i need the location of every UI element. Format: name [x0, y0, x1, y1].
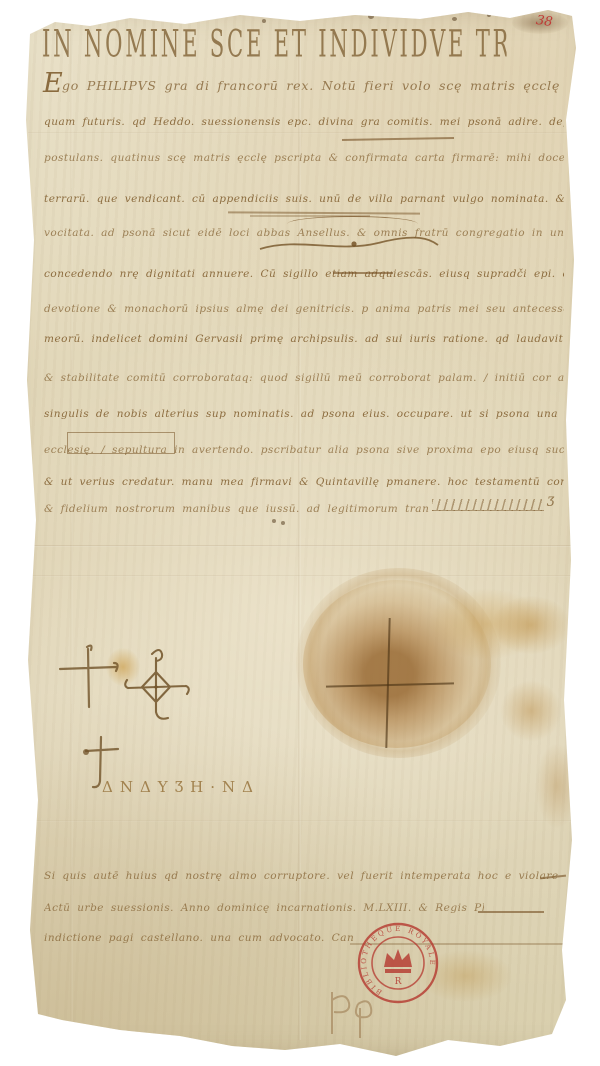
initial-letter: E: [43, 68, 63, 99]
folio-number: 38: [535, 13, 553, 30]
manuscript-line: & fidelium nostrorum manibus que iussū. …: [44, 503, 429, 519]
manuscript-line: concedendo nrę dignitati annuere. Cū sig…: [44, 268, 564, 284]
ink-speck: [368, 14, 374, 19]
line-filler-end: Ʒ: [547, 495, 554, 510]
manuscript-opening-line: go PHILIPVS gra di francorū rex. Notū fi…: [62, 78, 560, 94]
ink-overline: [342, 137, 454, 140]
ink-box-annotation: [67, 432, 175, 454]
ink-speck: [262, 19, 266, 23]
ink-speck: [178, 16, 184, 20]
autograph-cross-icon: [56, 643, 120, 713]
ink-underline: [228, 211, 420, 214]
fold-crease-vertical: [298, 30, 301, 1040]
stamp-center-letter: R: [395, 977, 402, 987]
manuscript-line: indictione pagi castellano. una cum advo…: [44, 932, 354, 948]
manuscript-line: terrarū. que vendicant. cū appendiciis s…: [44, 193, 564, 209]
parchment-sheet: IN NOMINE SCE ET INDIVIDVE TRINITATIS AM…: [0, 0, 600, 1066]
ink-speck: [272, 519, 276, 523]
crown-icon: [384, 949, 412, 973]
line-filler-hatch: [432, 499, 544, 511]
manuscript-photo: IN NOMINE SCE ET INDIVIDVE TRINITATIS AM…: [0, 0, 600, 1066]
ink-swash-flourish: [258, 236, 440, 254]
ink-speck: [92, 20, 97, 24]
royal-monogram-icon: [122, 646, 192, 726]
fold-crease-vertical: [70, 30, 73, 1040]
ink-speck: [452, 17, 457, 21]
ink-speck: [281, 521, 285, 525]
stain: [500, 680, 562, 742]
manuscript-line: quam futuris. qd Heddo. suessionensis ep…: [44, 116, 564, 132]
ink-brace: [287, 216, 418, 224]
manuscript-line: Si quis autē huius qd nostrę almo corrup…: [44, 870, 559, 886]
ink-rule: [478, 911, 544, 913]
manuscript-line: & ut verius credatur. manu mea firmavi &…: [44, 476, 564, 492]
stain: [536, 744, 578, 828]
library-stamp-icon: R BIBLIOTHEQUE ROYALE: [356, 921, 440, 1005]
manuscript-line: & stabilitate comitū corroborataq: quod …: [44, 372, 564, 388]
manuscript-line: devotione & monachorū ipsius almę dei ge…: [44, 303, 564, 319]
capitals-inscription: ΔΝΔΥƷΗ·ΝΔ: [102, 778, 260, 796]
ink-overline: [333, 272, 393, 274]
manuscript-line: singulis de nobis alterius sup nominatis…: [44, 408, 564, 424]
manuscript-line: Actū urbe suessionis. Anno dominicę inca…: [44, 902, 484, 918]
ink-speck: [487, 13, 491, 17]
manuscript-line: meorū. indelicet domini Gervasii primę a…: [44, 333, 564, 349]
stain: [492, 596, 570, 654]
manuscript-line: postulans. quatinus scę matris ęcclę psc…: [44, 152, 564, 168]
